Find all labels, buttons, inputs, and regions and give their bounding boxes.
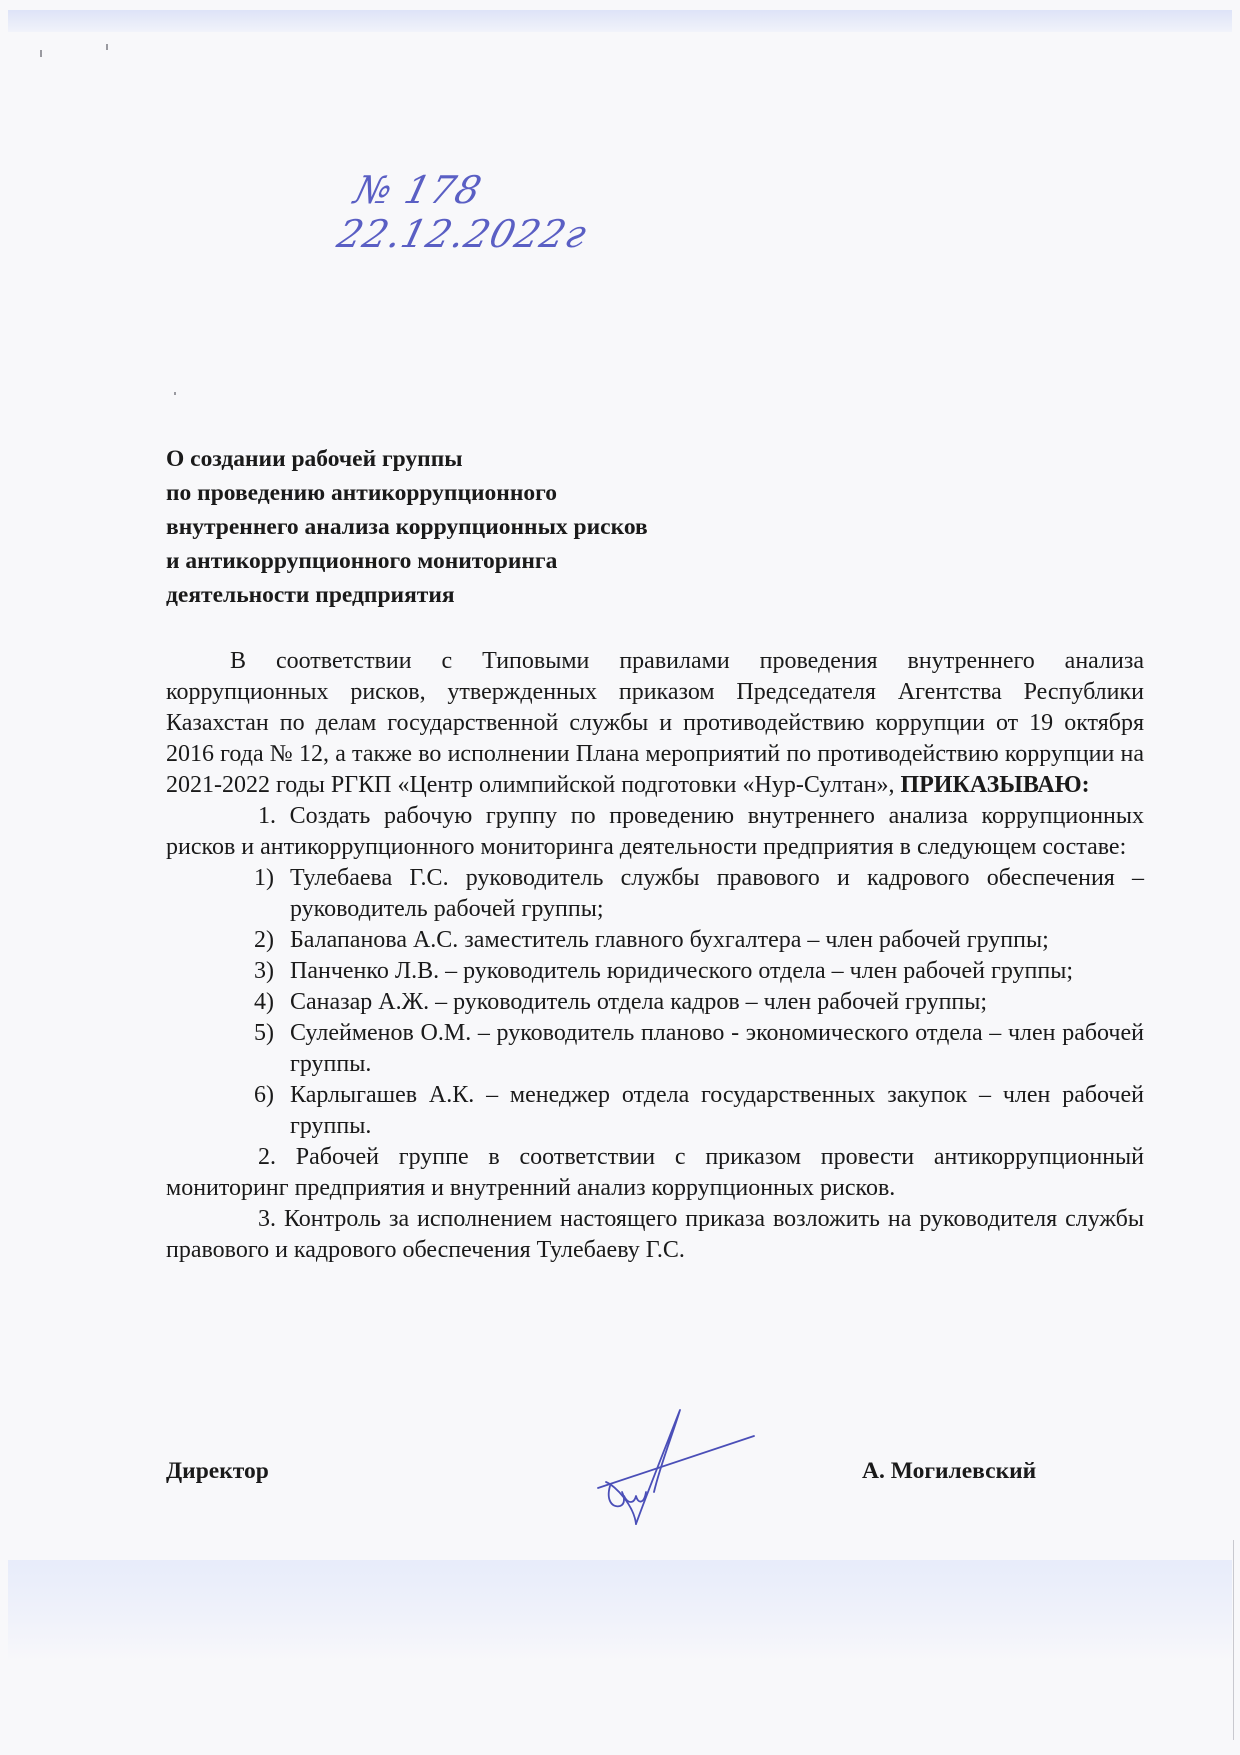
member-text: Панченко Л.В. – руководитель юридическог… bbox=[290, 958, 1073, 984]
order-item-2: 2. Рабочей группе в соответствии с прика… bbox=[166, 1142, 1144, 1204]
list-item: 2)Балапанова А.С. заместитель главного б… bbox=[262, 925, 1144, 956]
list-number: 2) bbox=[254, 925, 274, 956]
list-item: 5)Сулейменов О.М. – руководитель планово… bbox=[262, 1018, 1144, 1080]
document-page: № 178 22.12.2022г О создании рабочей гру… bbox=[0, 0, 1240, 1755]
scan-artifact-bottom bbox=[8, 1560, 1232, 1660]
scan-artifact-top bbox=[8, 10, 1232, 32]
member-text: Балапанова А.С. заместитель главного бух… bbox=[290, 927, 1049, 953]
scan-edge bbox=[1233, 1540, 1234, 1740]
member-text: Саназар А.Ж. – руководитель отдела кадро… bbox=[290, 989, 987, 1015]
members-list: 1)Тулебаева Г.С. руководитель службы пра… bbox=[166, 863, 1144, 1142]
list-item: 3)Панченко Л.В. – руководитель юридическ… bbox=[262, 956, 1144, 987]
list-number: 6) bbox=[254, 1080, 274, 1111]
scan-speck bbox=[174, 392, 176, 395]
list-item: 1)Тулебаева Г.С. руководитель службы пра… bbox=[262, 863, 1144, 925]
order-item-1: 1. Создать рабочую группу по проведению … bbox=[166, 801, 1144, 863]
preamble: В соответствии с Типовыми правилами пров… bbox=[166, 646, 1144, 801]
title-line: деятельности предприятия bbox=[166, 578, 786, 612]
list-number: 3) bbox=[254, 956, 274, 987]
order-date: 22.12.2022г bbox=[333, 212, 592, 256]
title-line: внутреннего анализа коррупционных рисков bbox=[166, 510, 786, 544]
handwritten-registration: № 178 22.12.2022г bbox=[339, 168, 603, 256]
list-number: 4) bbox=[254, 987, 274, 1018]
list-number: 5) bbox=[254, 1018, 274, 1049]
member-text: Тулебаева Г.С. руководитель службы право… bbox=[290, 865, 1144, 922]
member-text: Карлыгашев А.К. – менеджер отдела госуда… bbox=[290, 1082, 1144, 1139]
list-number: 1) bbox=[254, 863, 274, 894]
handwritten-signature-icon bbox=[576, 1396, 756, 1536]
document-title: О создании рабочей группы по проведению … bbox=[166, 442, 786, 612]
scan-speck bbox=[106, 44, 108, 50]
list-item: 4)Саназар А.Ж. – руководитель отдела кад… bbox=[262, 987, 1144, 1018]
document-body: В соответствии с Типовыми правилами пров… bbox=[166, 646, 1144, 1266]
scan-speck bbox=[40, 50, 42, 57]
signatory-position: Директор bbox=[166, 1458, 269, 1485]
title-line: О создании рабочей группы bbox=[166, 442, 786, 476]
title-line: по проведению антикоррупционного bbox=[166, 476, 786, 510]
order-directive: ПРИКАЗЫВАЮ: bbox=[900, 772, 1089, 798]
title-line: и антикоррупционного мониторинга bbox=[166, 544, 786, 578]
member-text: Сулейменов О.М. – руководитель планово -… bbox=[290, 1020, 1144, 1077]
signatory-name: А. Могилевский bbox=[862, 1458, 1036, 1485]
order-number: № 178 bbox=[350, 168, 603, 212]
order-item-3: 3. Контроль за исполнением настоящего пр… bbox=[166, 1204, 1144, 1266]
list-item: 6)Карлыгашев А.К. – менеджер отдела госу… bbox=[262, 1080, 1144, 1142]
